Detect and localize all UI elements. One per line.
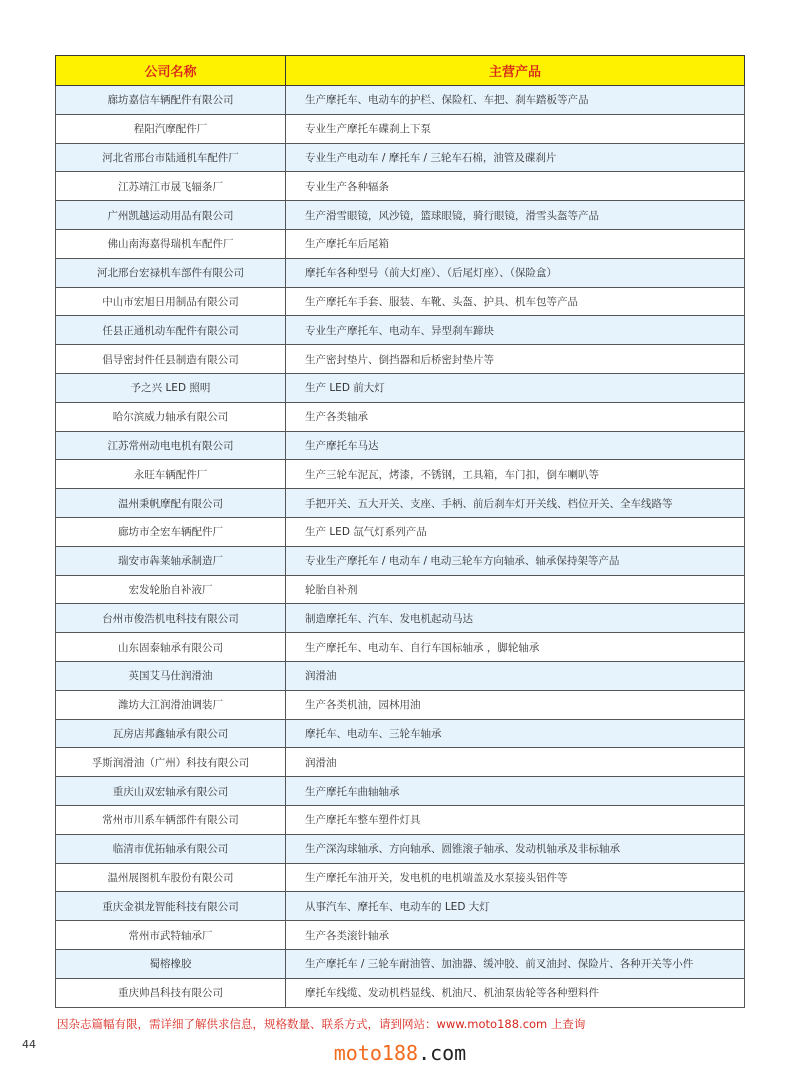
site-logo-tld: .com (418, 1041, 466, 1065)
company-name-cell: 河北邢台宏禄机车部件有限公司 (56, 258, 286, 287)
table-row: 温州展图机车股份有限公司生产摩托车油开关，发电机的电机端盖及水泵接头铝件等 (56, 863, 745, 892)
company-name-cell: 温州秉帆摩配有限公司 (56, 489, 286, 518)
table-row: 瑞安市犇莱轴承制造厂专业生产摩托车 / 电动车 / 电动三轮车方向轴承、轴承保持… (56, 546, 745, 575)
table-row: 重庆山双宏轴承有限公司生产摩托车曲轴轴承 (56, 777, 745, 806)
company-name-cell: 瓦房店邦鑫轴承有限公司 (56, 719, 286, 748)
table-row: 孚斯润滑油（广州）科技有限公司润滑油 (56, 748, 745, 777)
company-name-cell: 哈尔滨威力轴承有限公司 (56, 402, 286, 431)
table-row: 永旺车辆配件厂生产三轮车泥瓦，烤漆，不锈钢，工具箱，车门扣，倒车喇叭等 (56, 460, 745, 489)
company-name-cell: 瑞安市犇莱轴承制造厂 (56, 546, 286, 575)
table-row: 河北邢台宏禄机车部件有限公司摩托车各种型号（前大灯座）、（后尾灯座）、（保险盒） (56, 258, 745, 287)
table-row: 广州凯越运动用品有限公司生产滑雪眼镜，风沙镜，篮球眼镜，骑行眼镜，滑雪头盔等产品 (56, 201, 745, 230)
main-products-cell: 生产深沟球轴承、方向轴承、圆锥滚子轴承、发动机轴承及非标轴承 (286, 834, 745, 863)
table-body: 廊坊嘉信车辆配件有限公司生产摩托车、电动车的护栏、保险杠、车把、刹车踏板等产品程… (56, 86, 745, 1008)
header-company-name: 公司名称 (56, 56, 286, 86)
company-name-cell: 河北省邢台市陆通机车配件厂 (56, 143, 286, 172)
table-row: 英国艾马仕润滑油润滑油 (56, 661, 745, 690)
company-name-cell: 重庆山双宏轴承有限公司 (56, 777, 286, 806)
supplier-table: 公司名称 主营产品 廊坊嘉信车辆配件有限公司生产摩托车、电动车的护栏、保险杠、车… (55, 55, 745, 1008)
main-products-cell: 生产各类滚针轴承 (286, 921, 745, 950)
table-row: 重庆金祺龙智能科技有限公司从事汽车、摩托车、电动车的 LED 大灯 (56, 892, 745, 921)
company-name-cell: 重庆帅昌科技有限公司 (56, 978, 286, 1007)
company-name-cell: 程阳汽摩配件厂 (56, 114, 286, 143)
main-products-cell: 摩托车、电动车、三轮车轴承 (286, 719, 745, 748)
header-main-products: 主营产品 (286, 56, 745, 86)
main-products-cell: 生产摩托车后尾箱 (286, 229, 745, 258)
main-products-cell: 生产摩托车、电动车的护栏、保险杠、车把、刹车踏板等产品 (286, 86, 745, 115)
main-products-cell: 生产各类机油，园林用油 (286, 690, 745, 719)
table-row: 予之兴 LED 照明生产 LED 前大灯 (56, 373, 745, 402)
table-row: 临清市优拓轴承有限公司生产深沟球轴承、方向轴承、圆锥滚子轴承、发动机轴承及非标轴… (56, 834, 745, 863)
company-name-cell: 廊坊嘉信车辆配件有限公司 (56, 86, 286, 115)
table-row: 常州市武特轴承厂生产各类滚针轴承 (56, 921, 745, 950)
company-name-cell: 倡导密封件任县制造有限公司 (56, 345, 286, 374)
company-name-cell: 常州市武特轴承厂 (56, 921, 286, 950)
main-products-cell: 专业生产各种辐条 (286, 172, 745, 201)
table-row: 中山市宏旭日用制品有限公司生产摩托车手套、服装、车靴、头盔、护具、机车包等产品 (56, 287, 745, 316)
main-products-cell: 生产三轮车泥瓦，烤漆，不锈钢，工具箱，车门扣，倒车喇叭等 (286, 460, 745, 489)
company-name-cell: 台州市俊浩机电科技有限公司 (56, 604, 286, 633)
company-name-cell: 潍坊大江润滑油调装厂 (56, 690, 286, 719)
main-products-cell: 生产摩托车马达 (286, 431, 745, 460)
company-name-cell: 永旺车辆配件厂 (56, 460, 286, 489)
main-products-cell: 生产 LED 前大灯 (286, 373, 745, 402)
main-products-cell: 生产摩托车整车塑件灯具 (286, 805, 745, 834)
table-row: 任县正通机动车配件有限公司专业生产摩托车、电动车、异型刹车蹄块 (56, 316, 745, 345)
table-header-row: 公司名称 主营产品 (56, 56, 745, 86)
company-name-cell: 宏发轮胎自补液厂 (56, 575, 286, 604)
main-products-cell: 专业生产摩托车 / 电动车 / 电动三轮车方向轴承、轴承保持架等产品 (286, 546, 745, 575)
company-name-cell: 江苏常州动电电机有限公司 (56, 431, 286, 460)
main-products-cell: 轮胎自补剂 (286, 575, 745, 604)
table-row: 程阳汽摩配件厂专业生产摩托车碟刹上下泵 (56, 114, 745, 143)
table-row: 廊坊嘉信车辆配件有限公司生产摩托车、电动车的护栏、保险杠、车把、刹车踏板等产品 (56, 86, 745, 115)
table-row: 瓦房店邦鑫轴承有限公司摩托车、电动车、三轮车轴承 (56, 719, 745, 748)
table-row: 江苏靖江市晟飞辐条厂专业生产各种辐条 (56, 172, 745, 201)
main-products-cell: 制造摩托车、汽车、发电机起动马达 (286, 604, 745, 633)
company-name-cell: 山东固泰轴承有限公司 (56, 633, 286, 662)
main-products-cell: 生产摩托车 / 三轮车耐油管、加油器、缓冲胶、前叉油封、保险片、各种开关等小件 (286, 949, 745, 978)
company-name-cell: 广州凯越运动用品有限公司 (56, 201, 286, 230)
company-name-cell: 温州展图机车股份有限公司 (56, 863, 286, 892)
main-products-cell: 专业生产电动车 / 摩托车 / 三轮车石棉，油管及碟刹片 (286, 143, 745, 172)
table-row: 宏发轮胎自补液厂轮胎自补剂 (56, 575, 745, 604)
company-name-cell: 江苏靖江市晟飞辐条厂 (56, 172, 286, 201)
footer-notice: 因杂志篇幅有限，需详细了解供求信息，规格数量、联系方式，请到网站：www.mot… (57, 1016, 585, 1032)
main-products-cell: 专业生产摩托车、电动车、异型刹车蹄块 (286, 316, 745, 345)
main-products-cell: 润滑油 (286, 661, 745, 690)
main-products-cell: 润滑油 (286, 748, 745, 777)
table-row: 蜀榕橡胶生产摩托车 / 三轮车耐油管、加油器、缓冲胶、前叉油封、保险片、各种开关… (56, 949, 745, 978)
main-products-cell: 生产摩托车曲轴轴承 (286, 777, 745, 806)
company-name-cell: 临清市优拓轴承有限公司 (56, 834, 286, 863)
main-products-cell: 生产摩托车、电动车、自行车国标轴承 ，脚轮轴承 (286, 633, 745, 662)
table-row: 潍坊大江润滑油调装厂生产各类机油，园林用油 (56, 690, 745, 719)
main-products-cell: 生产密封垫片、倒挡器和后桥密封垫片等 (286, 345, 745, 374)
main-products-cell: 手把开关、五大开关、支座、手柄、前后刹车灯开关线、档位开关、全车线路等 (286, 489, 745, 518)
company-name-cell: 任县正通机动车配件有限公司 (56, 316, 286, 345)
site-logo-name: moto188 (334, 1041, 418, 1065)
main-products-cell: 生产摩托车油开关，发电机的电机端盖及水泵接头铝件等 (286, 863, 745, 892)
supplier-table-container: 公司名称 主营产品 廊坊嘉信车辆配件有限公司生产摩托车、电动车的护栏、保险杠、车… (55, 55, 744, 1008)
company-name-cell: 蜀榕橡胶 (56, 949, 286, 978)
company-name-cell: 常州市川系车辆部件有限公司 (56, 805, 286, 834)
table-row: 台州市俊浩机电科技有限公司制造摩托车、汽车、发电机起动马达 (56, 604, 745, 633)
table-row: 廊坊市全宏车辆配件厂生产 LED 氙气灯系列产品 (56, 517, 745, 546)
table-row: 温州秉帆摩配有限公司手把开关、五大开关、支座、手柄、前后刹车灯开关线、档位开关、… (56, 489, 745, 518)
main-products-cell: 从事汽车、摩托车、电动车的 LED 大灯 (286, 892, 745, 921)
company-name-cell: 重庆金祺龙智能科技有限公司 (56, 892, 286, 921)
main-products-cell: 生产 LED 氙气灯系列产品 (286, 517, 745, 546)
company-name-cell: 中山市宏旭日用制品有限公司 (56, 287, 286, 316)
table-row: 江苏常州动电电机有限公司生产摩托车马达 (56, 431, 745, 460)
table-row: 河北省邢台市陆通机车配件厂专业生产电动车 / 摩托车 / 三轮车石棉，油管及碟刹… (56, 143, 745, 172)
main-products-cell: 生产各类轴承 (286, 402, 745, 431)
table-row: 佛山南海嘉得瑞机车配件厂生产摩托车后尾箱 (56, 229, 745, 258)
table-row: 重庆帅昌科技有限公司摩托车线缆、发动机档显线、机油尺、机油泵齿轮等各种塑料件 (56, 978, 745, 1007)
site-logo: moto188.com (0, 1041, 800, 1065)
company-name-cell: 佛山南海嘉得瑞机车配件厂 (56, 229, 286, 258)
main-products-cell: 摩托车各种型号（前大灯座）、（后尾灯座）、（保险盒） (286, 258, 745, 287)
company-name-cell: 英国艾马仕润滑油 (56, 661, 286, 690)
table-row: 常州市川系车辆部件有限公司生产摩托车整车塑件灯具 (56, 805, 745, 834)
company-name-cell: 廊坊市全宏车辆配件厂 (56, 517, 286, 546)
table-row: 倡导密封件任县制造有限公司生产密封垫片、倒挡器和后桥密封垫片等 (56, 345, 745, 374)
table-row: 山东固泰轴承有限公司生产摩托车、电动车、自行车国标轴承 ，脚轮轴承 (56, 633, 745, 662)
company-name-cell: 孚斯润滑油（广州）科技有限公司 (56, 748, 286, 777)
main-products-cell: 摩托车线缆、发动机档显线、机油尺、机油泵齿轮等各种塑料件 (286, 978, 745, 1007)
main-products-cell: 生产滑雪眼镜，风沙镜，篮球眼镜，骑行眼镜，滑雪头盔等产品 (286, 201, 745, 230)
company-name-cell: 予之兴 LED 照明 (56, 373, 286, 402)
table-row: 哈尔滨威力轴承有限公司生产各类轴承 (56, 402, 745, 431)
main-products-cell: 专业生产摩托车碟刹上下泵 (286, 114, 745, 143)
main-products-cell: 生产摩托车手套、服装、车靴、头盔、护具、机车包等产品 (286, 287, 745, 316)
